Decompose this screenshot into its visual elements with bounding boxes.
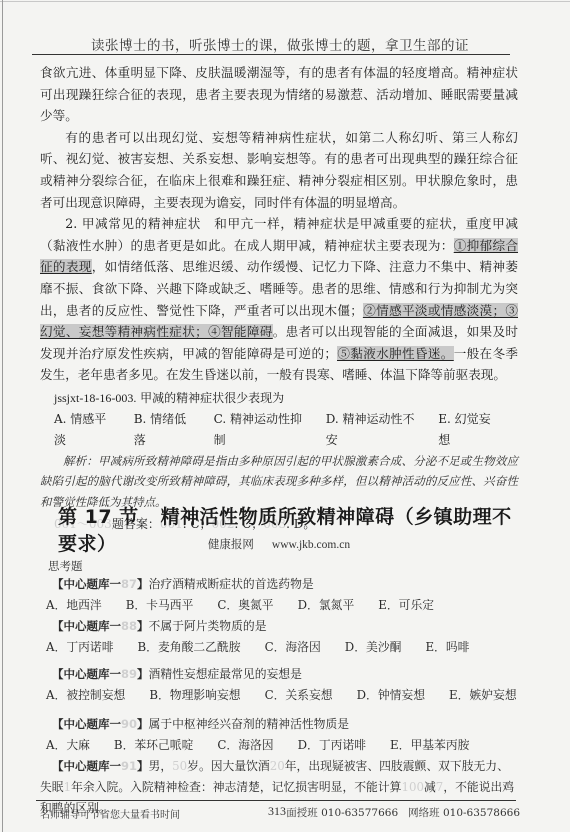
question-text: 甲减的精神症状很少表现为 (140, 391, 284, 405)
option-d: D．钟情妄想 (357, 685, 425, 706)
option-b: B．苯环己哌啶 (114, 735, 193, 756)
case-years: 20 (270, 759, 285, 773)
option-a: A．地西泮 (46, 595, 102, 616)
question-tag: 【中心题库一 (52, 717, 121, 731)
question-88: 【中心题库一88】不属于阿片类物质的是 A．丁丙诺啡 B．麦角酸二乙酰胺 C．海… (52, 616, 522, 658)
option-b: B．麦角酸二乙酰胺 (138, 637, 241, 658)
contact-inperson: 面授班 010-63577666 (286, 807, 398, 819)
option-d: D．美沙酮 (345, 637, 402, 658)
question-number: 87 (121, 577, 137, 591)
question-87: 【中心题库一87】治疗酒精戒断症状的首选药物是 A．地西泮 B．卡马西平 C．奥… (52, 574, 522, 616)
option-a: A. 情感平淡 (54, 409, 112, 451)
option-d: D．丁丙诺啡 (298, 735, 366, 756)
question-options: A．丁丙诺啡 B．麦角酸二乙酰胺 C．海洛因 D．美沙酮 E．吗啡 (46, 637, 522, 658)
question-stem: jssjxt-18-16-003. 甲减的精神症状很少表现为 (40, 388, 518, 409)
option-e: E．甲基苯丙胺 (390, 735, 469, 756)
option-c: C．奥氮平 (217, 595, 273, 616)
question-tag-end: 】 (137, 577, 149, 591)
para3-text-1: 2. 甲减常见的精神症状 和甲亢一样，精神症状是甲减重要的症状，重度甲减（黏液性… (40, 216, 518, 253)
footer-rule (36, 800, 516, 801)
running-header: 读张博士的书，听张博士的课，做张博士的题，拿卫生部的证 (30, 34, 530, 54)
question-number: 90 (121, 717, 137, 731)
question-id: jssjxt-18-16-003. (54, 391, 136, 405)
question-tag: 【中心题库一 (52, 759, 121, 773)
option-b: B．卡马西平 (126, 595, 194, 616)
scanned-page: 读张博士的书，听张博士的课，做张博士的题，拿卫生部的证 食欲亢进、体重明显下降、… (0, 0, 570, 832)
case-age: 50 (172, 759, 187, 773)
contact-online: 网络班 010-63578666 (408, 807, 520, 819)
question-stem: 不属于阿片类物质的是 (149, 619, 267, 633)
option-c: C. 精神运动性抑制 (214, 409, 304, 451)
question-number: 88 (121, 619, 137, 633)
option-a: A．被控制妄想 (46, 685, 125, 706)
question-tag-end: 】 (137, 619, 149, 633)
option-a: A．丁丙诺啡 (46, 637, 114, 658)
case-text: 岁。因大量饮酒 (187, 759, 270, 773)
option-c: C．海洛因 (217, 735, 273, 756)
section-number: 第 17 节 (58, 506, 139, 528)
case-text: 减 (424, 780, 436, 794)
option-e: E．嫉妒妄想 (449, 685, 517, 706)
option-b: B. 情绪低落 (134, 409, 192, 451)
question-stem: 属于中枢神经兴奋剂的精神活性物质是 (149, 717, 350, 731)
question-options: A. 情感平淡 B. 情绪低落 C. 精神运动性抑制 D. 精神运动性不安 E.… (40, 409, 518, 451)
source-line: 健康报网www.jkb.com.cn (40, 536, 518, 552)
header-rule (32, 54, 510, 55)
paragraph-2: 有的患者可以出现幻觉、妄想等精神病性症状，如第二人称幻听、第三人称幻听、视幻觉、… (40, 127, 518, 213)
option-e: E. 幻觉妄想 (438, 409, 496, 451)
case-duration: 1 (64, 780, 72, 794)
question-number: 91 (121, 759, 137, 773)
option-e: E．可乐定 (378, 595, 434, 616)
question-90: 【中心题库一90】属于中枢神经兴奋剂的精神活性物质是 A．大麻 B．苯环己哌啶 … (52, 714, 522, 756)
option-c: C．海洛因 (265, 637, 321, 658)
source-name: 健康报网 (208, 537, 254, 551)
option-d: D. 精神运动性不安 (326, 409, 417, 451)
question-options: A．大麻 B．苯环己哌啶 C．海洛因 D．丁丙诺啡 E．甲基苯丙胺 (46, 735, 522, 756)
case-text: 男， (149, 759, 173, 773)
question-tag: 【中心题库一 (52, 619, 121, 633)
footer-slogan: 名师辅导可节省您大量看书时间 (40, 806, 180, 821)
question-options: A．被控制妄想 B．物理影响妄想 C．关系妄想 D．钟情妄想 E．嫉妒妄想 (46, 685, 522, 706)
think-label: 思考题 (48, 558, 83, 574)
question-stem: 治疗酒精戒断症状的首选药物是 (149, 577, 314, 591)
body-text: 食欲亢进、体重明显下降、皮肤温暖潮湿等，有的患者有体温的轻度增高。精神症状可出现… (40, 62, 518, 535)
question-89: 【中心题库一89】酒精性妄想症最常见的妄想是 A．被控制妄想 B．物理影响妄想 … (52, 664, 522, 706)
question-number: 89 (121, 667, 137, 681)
source-url: www.jkb.com.cn (272, 539, 350, 551)
case-text: 年余入院。入院精神检查：神志清楚，记忆损害明显，不能计算 (71, 780, 401, 794)
question-stem: 酒精性妄想症最常见的妄想是 (149, 667, 302, 681)
question-tag-end: 】 (137, 667, 149, 681)
paragraph-3: 2. 甲减常见的精神症状 和甲亢一样，精神症状是甲减重要的症状，重度甲减（黏液性… (40, 213, 518, 386)
highlight-coma: ⑤黏液水肿性昏迷。 (337, 346, 454, 361)
option-a: A．大麻 (46, 735, 90, 756)
paragraph-1: 食欲亢进、体重明显下降、皮肤温暖潮湿等，有的患者有体温的轻度增高。精神症状可出现… (40, 62, 518, 127)
option-d: D．氯氮平 (298, 595, 355, 616)
question-tag: 【中心题库一 (52, 667, 121, 681)
option-b: B．物理影响妄想 (149, 685, 240, 706)
question-tag: 【中心题库一 (52, 577, 121, 591)
footer-contacts: 面授班 010-63577666网络班 010-63578666 (276, 805, 520, 820)
question-tag-end: 】 (137, 759, 149, 773)
option-e: E．吗啡 (425, 637, 469, 658)
case-calc-a: 100 (401, 780, 424, 794)
question-tag-end: 】 (137, 717, 149, 731)
option-c: C．关系妄想 (265, 685, 333, 706)
question-options: A．地西泮 B．卡马西平 C．奥氮平 D．氯氮平 E．可乐定 (46, 595, 522, 616)
